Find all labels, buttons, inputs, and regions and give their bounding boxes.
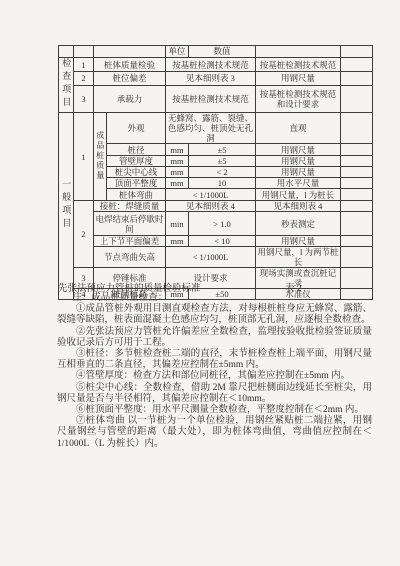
empty-cell [341,247,373,268]
item-name-cell: 节点弯曲矢高 [94,247,166,268]
method-cell: 秒表测定 [256,212,341,236]
method-cell: 见本细则表 4 [256,201,341,212]
item-name-cell: 承载力 [94,85,166,113]
method-cell: 按基桩检测技术规范 [256,58,341,72]
note-item: ⑦桩体弯曲 以一节桩为一个单位检验，用钢丝紧贴桩二端拉紧，用钢尺量钢丝与管壁的距… [57,416,372,450]
method-cell: 直观 [256,113,341,144]
table-header-row: 单位 数值 [59,46,373,58]
row-number: 3 [74,85,94,113]
unit-cell: mm [166,178,189,189]
item-name-cell: 外观 [107,113,166,144]
row-number: 1 [74,113,94,201]
value-cell: > 1.0 [189,212,256,236]
row-number: 2 [74,72,94,85]
table-row: 检查项目 1 桩体质量检验 按基桩检测技术规范 按基桩检测技术规范 [59,58,373,72]
table-row: 桩径 mm ±5 用钢尺量 [59,144,373,156]
table-row: 电焊结束后停歇时间 min > 1.0 秒表测定 [59,212,373,236]
empty-cell [341,212,373,236]
table-row: 2 接桩：焊缝质量 见本细则表 4 见本细则表 4 [59,201,373,212]
check-items-side-label: 检查项目 [59,58,74,113]
table-row: 2 桩位偏差 见本细则表 3 用钢尺量 [59,72,373,85]
row-number: 1 [74,58,94,72]
empty-cell [341,189,373,201]
value-cell: ±5 [189,156,256,167]
item-name-cell: 上下节平面偏差 [94,236,166,247]
item-name-cell: 桩体质量检验 [94,58,166,72]
value-cell: 按基桩检测技术规范 [166,58,256,72]
method-cell: 用钢尺量 [256,156,341,167]
unit-cell: mm [166,167,189,178]
value-cell: ±5 [189,144,256,156]
method-cell: 按基桩检测技术规范和设计要求 [256,85,341,113]
empty-cell [341,58,373,72]
unit-cell: mm [166,144,189,156]
unit-cell: mm [166,156,189,167]
item-name-cell: 电焊结束后停歇时间 [94,212,166,236]
value-cell: 见本细则表 3 [166,72,256,85]
table-row: 一般项目 1 成品桩质量 外观 无蜂窝、露筋、裂缝、色感均匀、桩顶处无孔洞 直观 [59,113,373,144]
item-name-cell: 桩尖中心线 [107,167,166,178]
method-cell: 用钢尺量 [256,72,341,85]
item-name-cell: 桩径 [107,144,166,156]
method-cell: 用钢尺量 [256,167,341,178]
value-cell: < 10 [189,236,256,247]
item-name-cell: 接桩：焊缝质量 [94,201,166,212]
notes-block: 注：成品桩质量检查： ①成品管桩外观用目测直观检查方法，对每根桩桩身应无蜂窝、露… [57,293,372,450]
header-blank-cell [59,46,74,58]
empty-cell [341,236,373,247]
table-row: 上下节平面偏差 mm < 10 用钢尺量 [59,236,373,247]
method-cell: 用钢尺量，l 为桩长 [256,189,341,201]
item-name-cell: 顶面平整度 [107,178,166,189]
method-cell: 用钢尺量 [256,236,341,247]
table-number: 表 2 [285,280,302,294]
item-name-cell: 桩位偏差 [94,72,166,85]
note-item: ③桩径：多节桩检查桩二端的直径，末节桩检查桩上端平面，用钢尺量互相垂直的二条直径… [57,349,372,371]
note-item: ①成品管桩外观用目测直观检查方法，对每根桩桩身应无蜂窝、露筋、裂缝等缺陷，桩表面… [57,304,372,326]
header-blank-cell [74,46,94,58]
unit-cell: mm [166,236,189,247]
table-row: 桩尖中心线 mm < 2 用钢尺量 [59,167,373,178]
quality-standard-table-wrap: 单位 数值 检查项目 1 桩体质量检验 按基桩检测技术规范 按基桩检测技术规范 … [58,45,373,300]
notes-title: 注：成品桩质量检查： [57,293,372,304]
method-cell: 用水平尺量 [256,178,341,189]
unit-cell: min [166,212,189,236]
note-item: ②先张法预应力管桩允许偏差应全数检查，监理按验收批检验签证质量验收记录后方可用于… [57,327,372,349]
value-cell: 按基桩检测技术规范 [166,85,256,113]
finished-pile-group-label: 成品桩质量 [94,113,107,201]
method-cell: 用钢尺量 [256,144,341,156]
empty-cell [341,72,373,85]
value-cell: 无蜂窝、露筋、裂缝、色感均匀、桩顶处无孔洞 [166,113,256,144]
value-cell: < 1/1000L [166,189,256,201]
note-item: ④管壁厚度：检查方法和部位同桩径，其偏差应控制在±5mm 内。 [57,371,372,382]
header-blank-cell [256,46,341,58]
table-caption-line: 先张法预应力管桩的质量检验标准 表 2 [58,280,372,294]
empty-cell [341,113,373,144]
value-column-header: 数值 [189,46,256,58]
value-cell: 见本细则表 4 [166,201,256,212]
value-cell: 10 [189,178,256,189]
note-item: ⑤桩尖中心线：全数检查，借助 2M 靠尺把桩侧面边线延长至桩尖，用钢尺量是否与半… [57,383,372,405]
empty-cell [341,156,373,167]
quality-standard-table: 单位 数值 检查项目 1 桩体质量检验 按基桩检测技术规范 按基桩检测技术规范 … [58,45,373,300]
row-number: 2 [74,201,94,268]
item-name-cell: 桩体弯曲 [107,189,166,201]
table-row: 顶面平整度 mm 10 用水平尺量 [59,178,373,189]
empty-cell [341,167,373,178]
empty-cell [341,178,373,189]
value-cell: < 1/1000L [166,247,256,268]
general-items-side-label: 一般项目 [59,113,74,300]
table-row: 3 承载力 按基桩检测技术规范 按基桩检测技术规范和设计要求 [59,85,373,113]
table-row: 管壁厚度 mm ±5 用钢尺量 [59,156,373,167]
method-cell: 用钢尺量，l 为两节桩长 [256,247,341,268]
note-item: ⑥桩顶面平整度：用水平尺测量全数检查，平整度控制在＜2mm 内。 [57,405,372,416]
scanned-document-page: 单位 数值 检查项目 1 桩体质量检验 按基桩检测技术规范 按基桩检测技术规范 … [0,0,400,566]
table-row: 桩体弯曲 < 1/1000L 用钢尺量，l 为桩长 [59,189,373,201]
unit-column-header: 单位 [166,46,189,58]
table-row: 节点弯曲矢高 < 1/1000L 用钢尺量，l 为两节桩长 [59,247,373,268]
empty-cell [341,144,373,156]
empty-cell [341,85,373,113]
header-blank-cell [341,46,373,58]
empty-cell [341,201,373,212]
header-blank-cell [94,46,166,58]
value-cell: < 2 [189,167,256,178]
item-name-cell: 管壁厚度 [107,156,166,167]
